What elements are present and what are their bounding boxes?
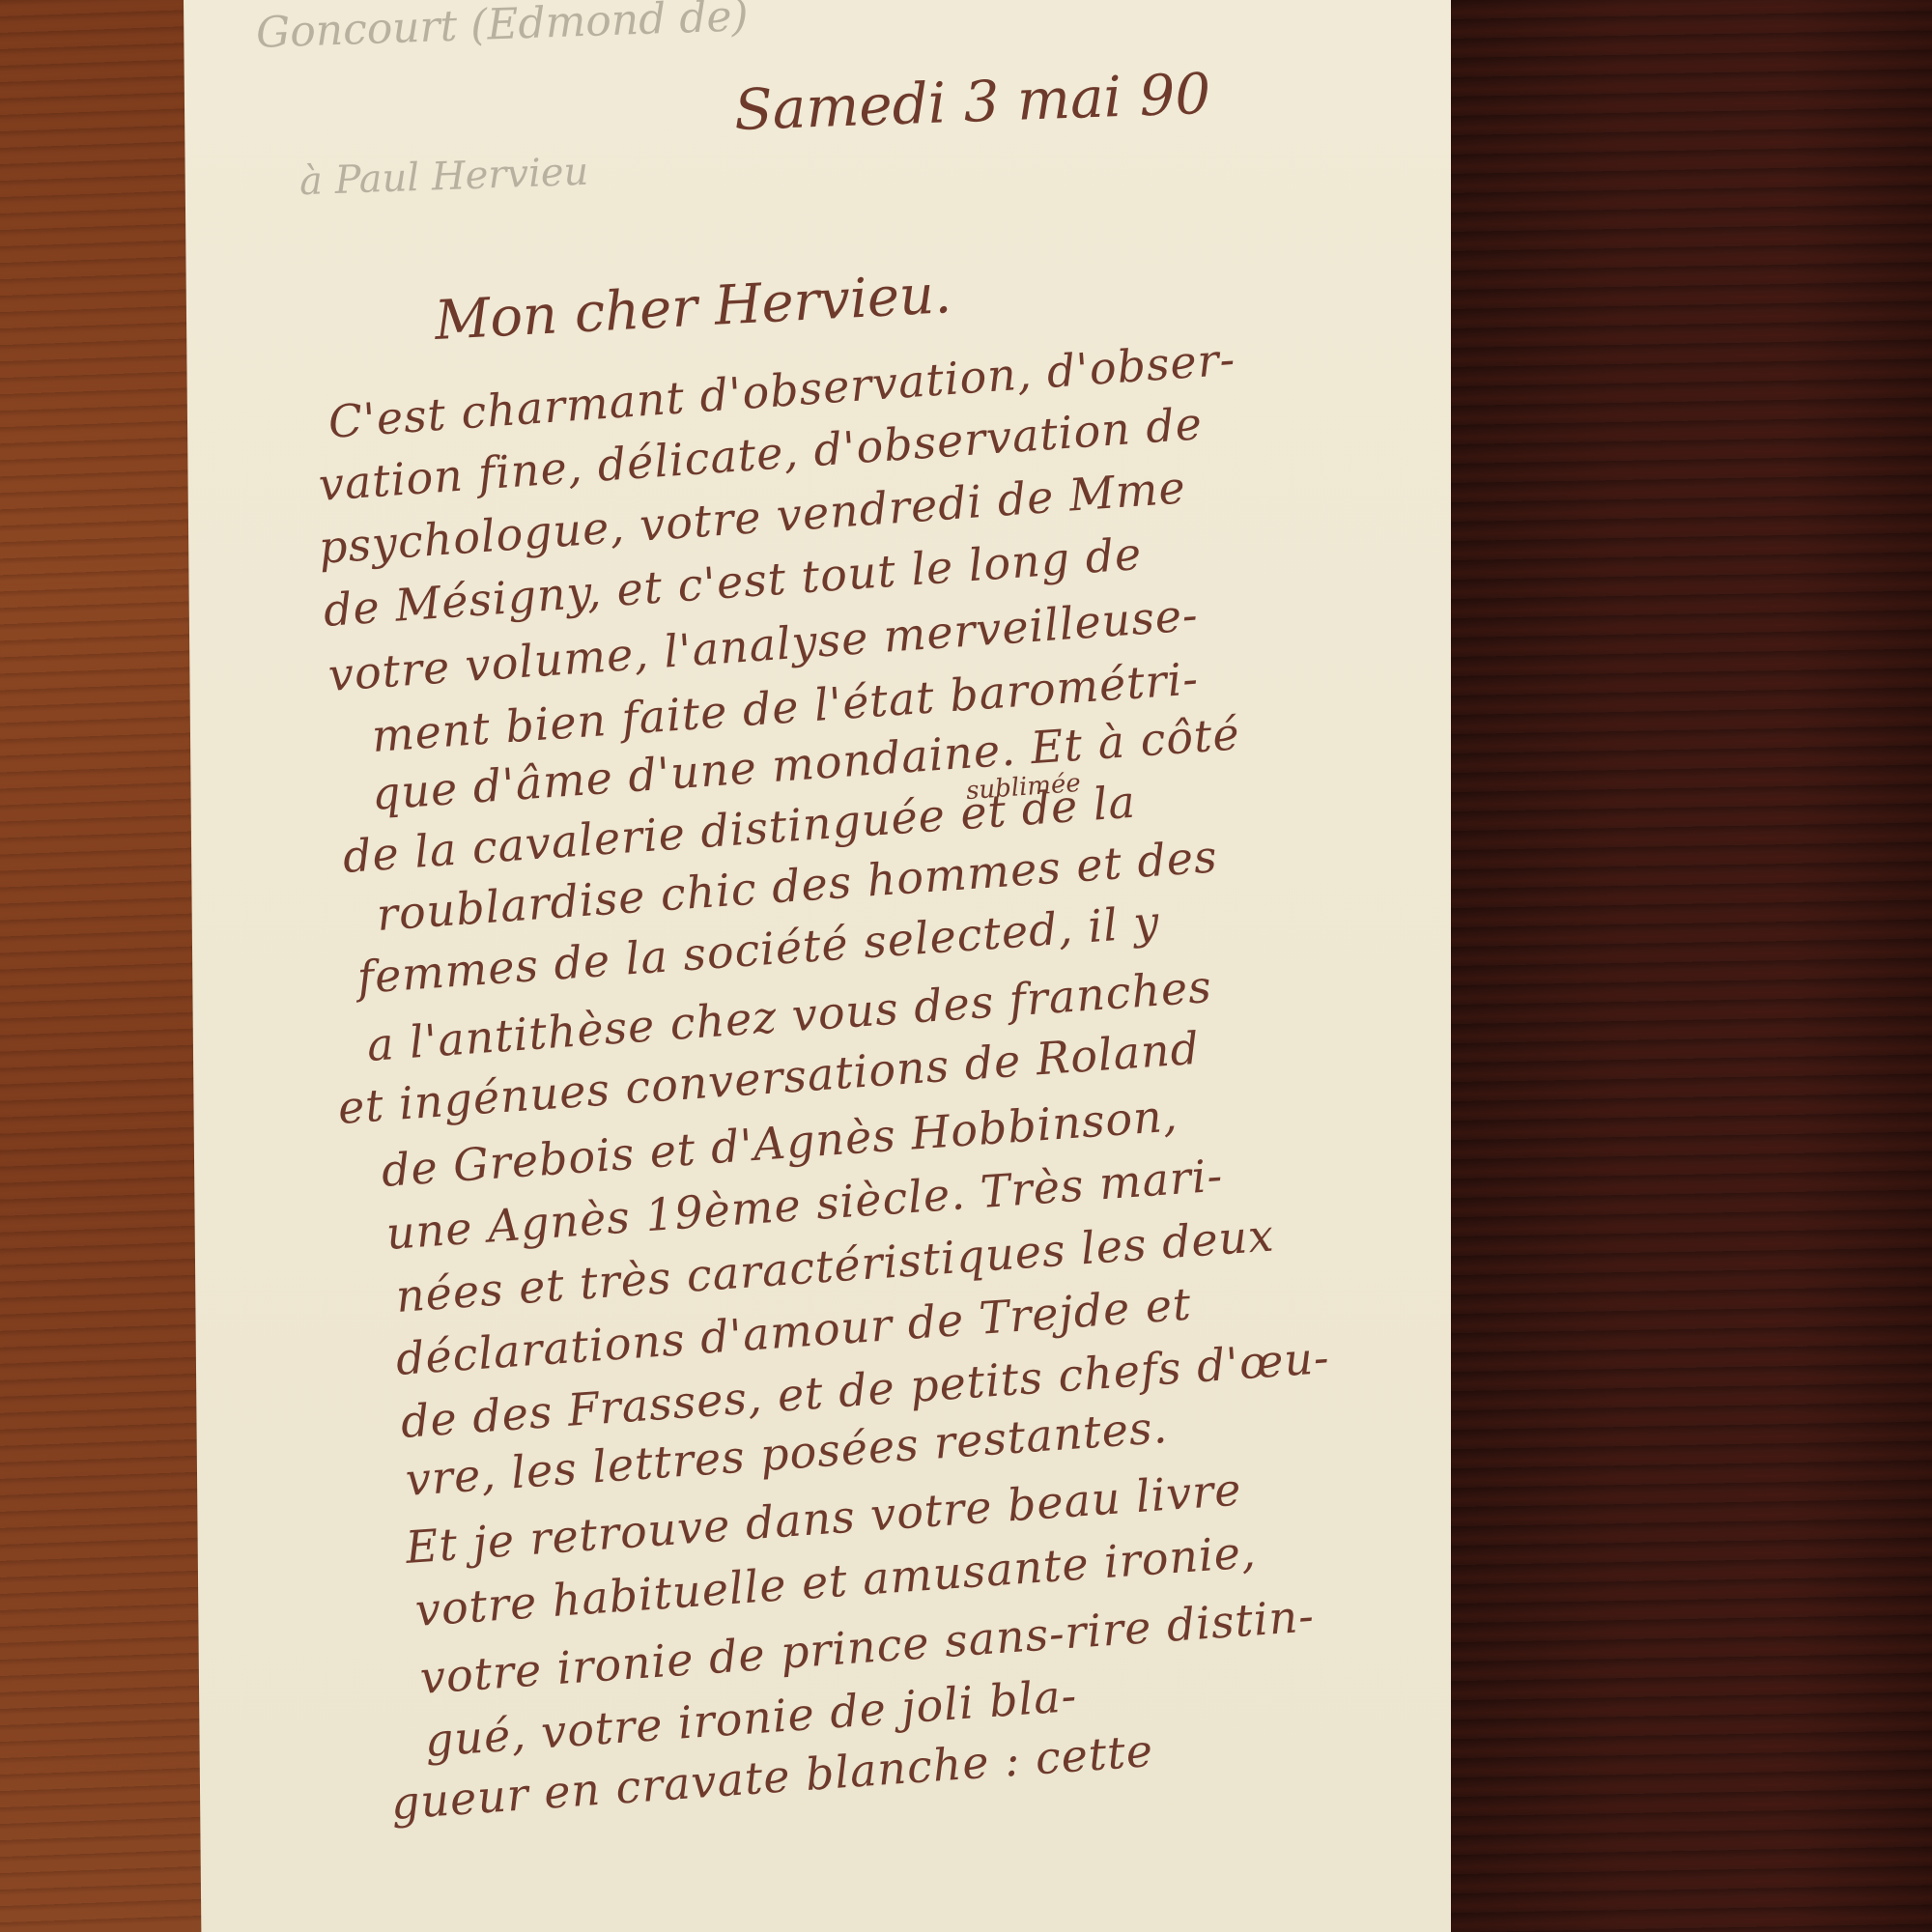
wooden-table-right — [1449, 0, 1932, 1932]
wooden-table-left — [0, 0, 208, 1932]
